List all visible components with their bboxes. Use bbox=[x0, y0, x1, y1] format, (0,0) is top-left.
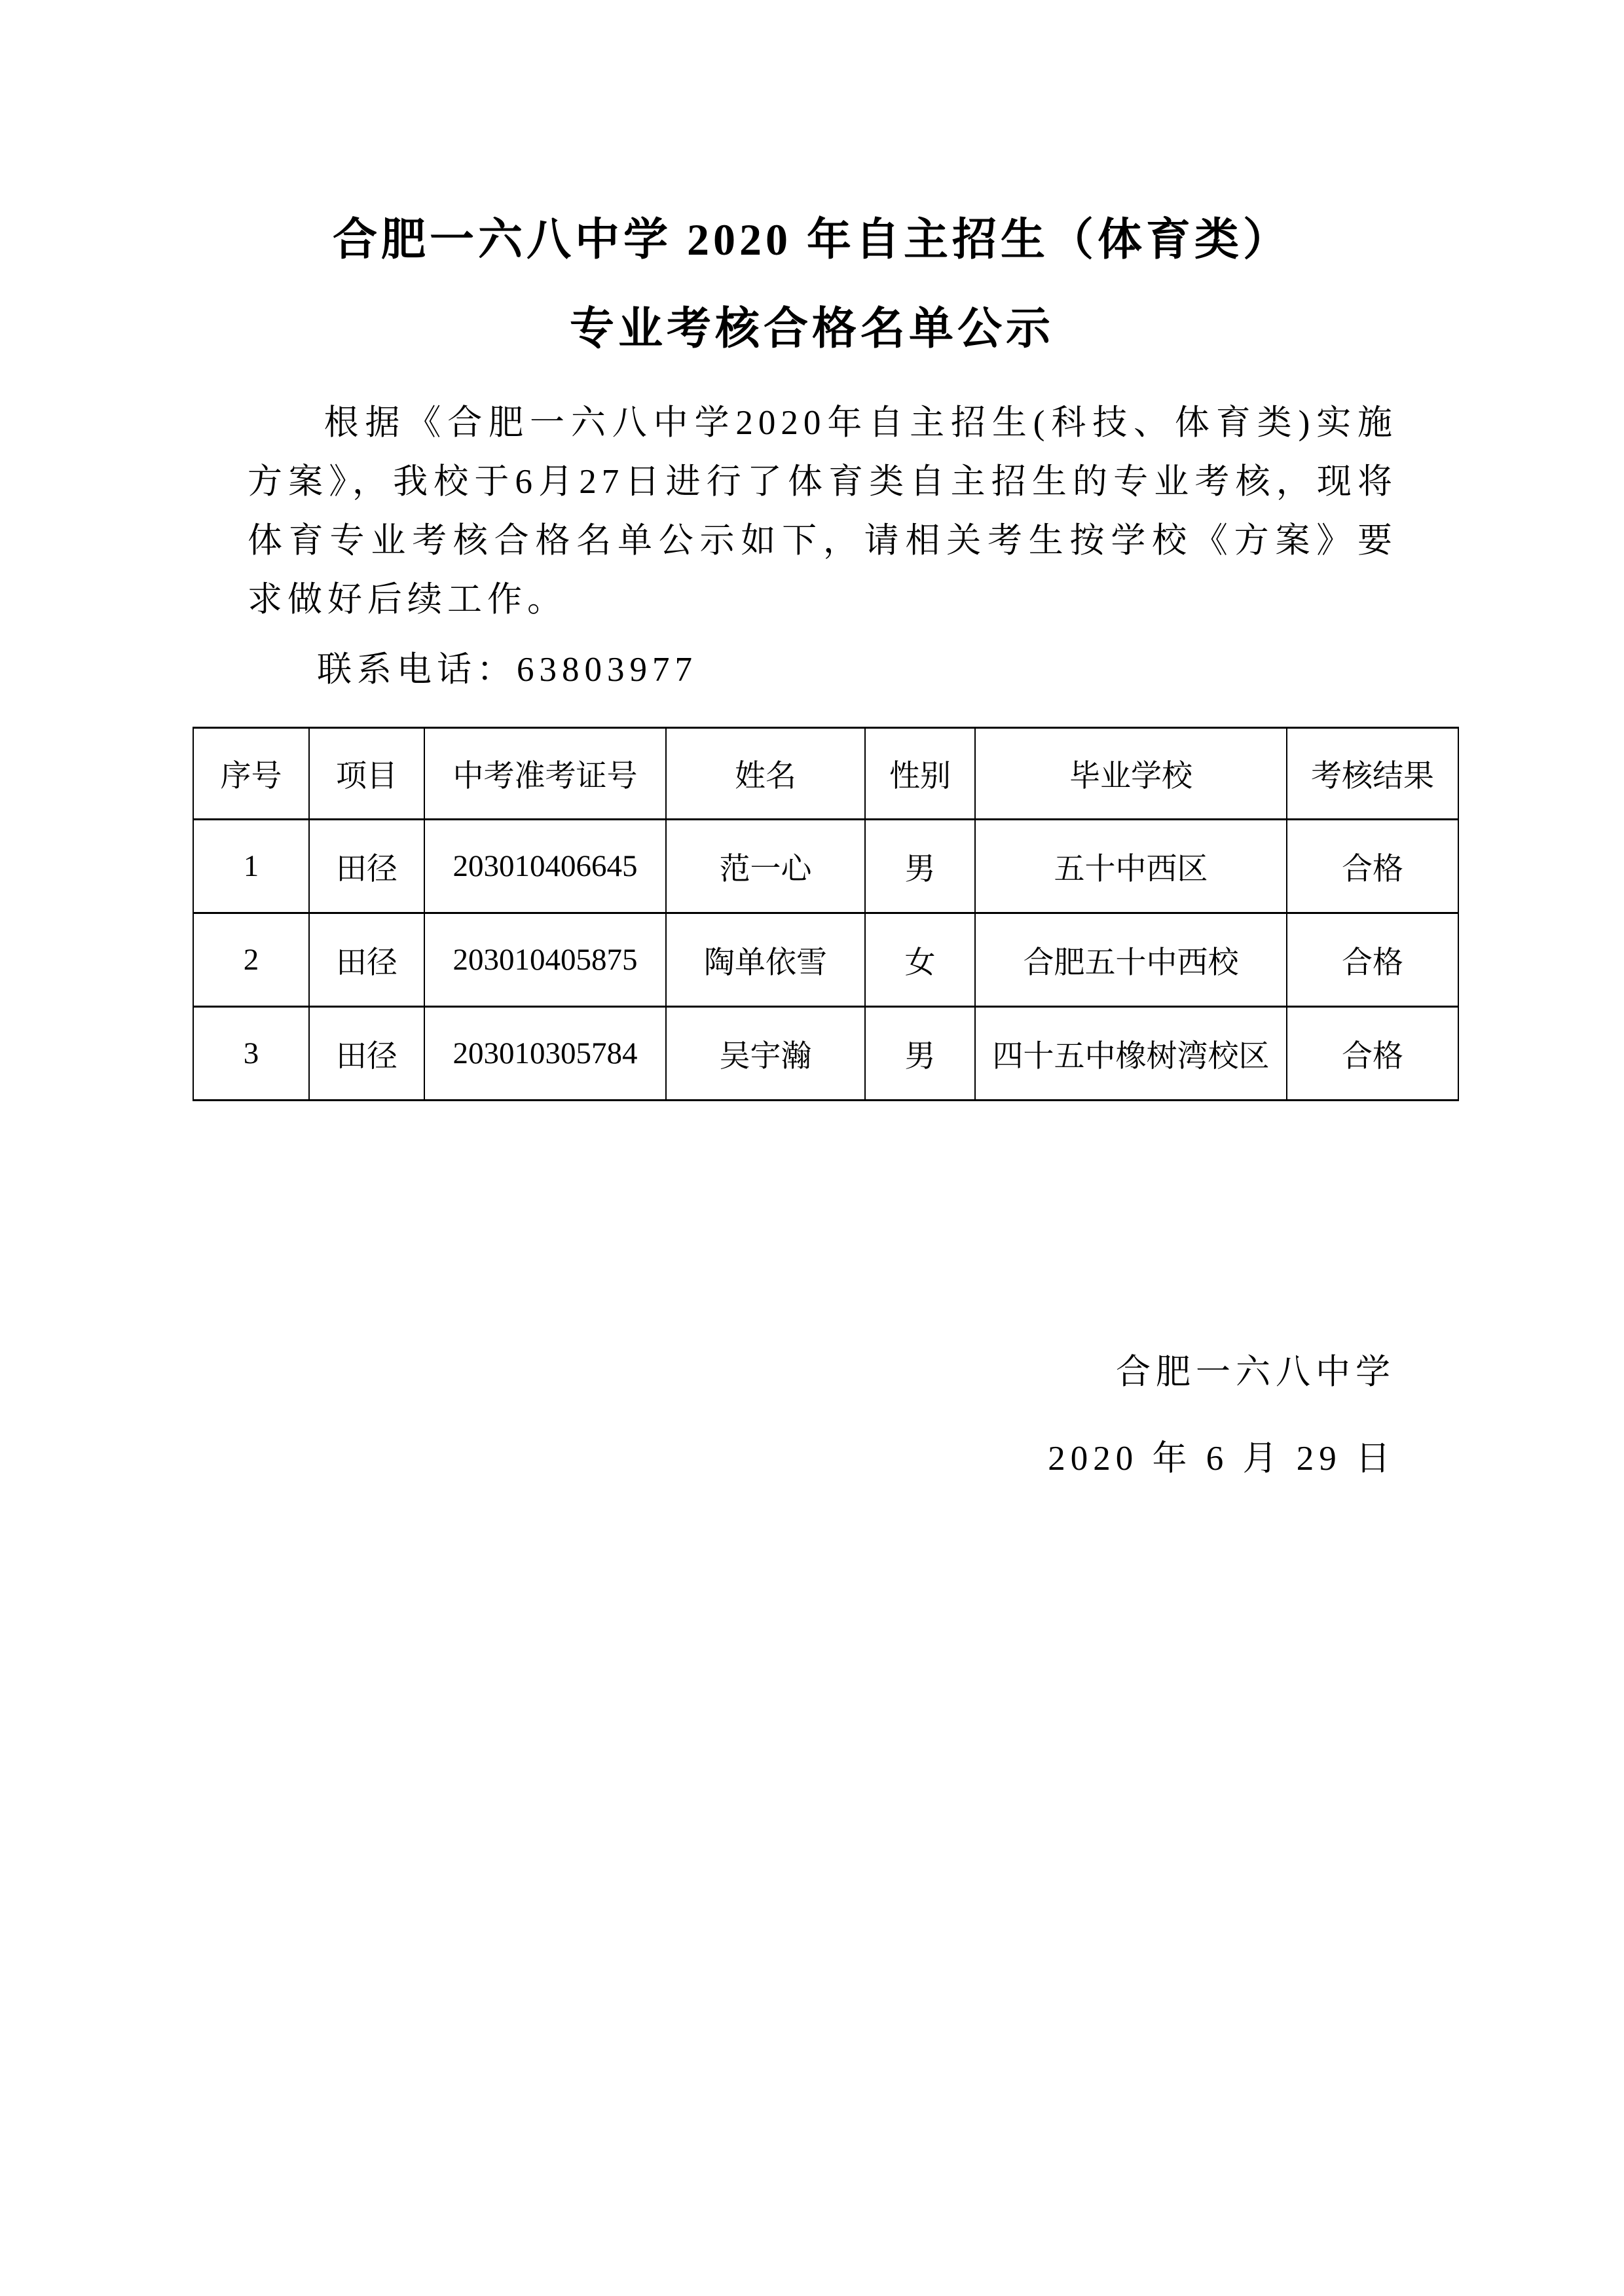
cell-name: 范一心 bbox=[666, 820, 865, 913]
cell-event: 田径 bbox=[309, 1007, 424, 1101]
cell-index: 2 bbox=[193, 913, 309, 1007]
signature-school: 合肥一六八中学 bbox=[1048, 1346, 1395, 1398]
contact-line: 联系电话：63803977 bbox=[317, 640, 697, 699]
body-paragraph: 根据《合肥一六八中学2020年自主招生(科技、体育类)实施方案》，我校于6月27… bbox=[248, 393, 1397, 629]
cell-index: 3 bbox=[193, 1007, 309, 1101]
table-header-row: 序号 项目 中考准考证号 姓名 性别 毕业学校 考核结果 bbox=[193, 728, 1458, 820]
header-cell-school: 毕业学校 bbox=[975, 728, 1287, 820]
cell-exam-number: 203010405875 bbox=[424, 913, 666, 1007]
cell-school: 四十五中橡树湾校区 bbox=[975, 1007, 1287, 1101]
table-row: 1 田径 203010406645 范一心 男 五十中西区 合格 bbox=[193, 820, 1458, 913]
signature-block: 合肥一六八中学 2020 年 6 月 29 日 bbox=[1048, 1346, 1395, 1485]
table-row: 2 田径 203010405875 陶单依雪 女 合肥五十中西校 合格 bbox=[193, 913, 1458, 1007]
cell-result: 合格 bbox=[1287, 820, 1458, 913]
document-page: 合肥一六八中学 2020 年自主招生（体育类） 专业考核合格名单公示 根据《合肥… bbox=[0, 0, 1624, 2296]
header-cell-result: 考核结果 bbox=[1287, 728, 1458, 820]
cell-gender: 女 bbox=[865, 913, 975, 1007]
header-cell-exam-number: 中考准考证号 bbox=[424, 728, 666, 820]
cell-school: 五十中西区 bbox=[975, 820, 1287, 913]
header-cell-gender: 性别 bbox=[865, 728, 975, 820]
cell-name: 陶单依雪 bbox=[666, 913, 865, 1007]
contact-phone: 63803977 bbox=[517, 651, 697, 689]
qualified-roster-table: 序号 项目 中考准考证号 姓名 性别 毕业学校 考核结果 1 田径 203010… bbox=[193, 727, 1459, 1101]
cell-event: 田径 bbox=[309, 913, 424, 1007]
cell-event: 田径 bbox=[309, 820, 424, 913]
signature-date: 2020 年 6 月 29 日 bbox=[1048, 1432, 1395, 1485]
cell-school: 合肥五十中西校 bbox=[975, 913, 1287, 1007]
contact-label: 联系电话： bbox=[317, 651, 517, 689]
header-cell-event: 项目 bbox=[309, 728, 424, 820]
document-title-line-1: 合肥一六八中学 2020 年自主招生（体育类） bbox=[0, 213, 1624, 266]
header-cell-index: 序号 bbox=[193, 728, 309, 820]
cell-index: 1 bbox=[193, 820, 309, 913]
table-row: 3 田径 203010305784 吴宇瀚 男 四十五中橡树湾校区 合格 bbox=[193, 1007, 1458, 1101]
cell-name: 吴宇瀚 bbox=[666, 1007, 865, 1101]
cell-gender: 男 bbox=[865, 1007, 975, 1101]
document-title-line-2: 专业考核合格名单公示 bbox=[0, 302, 1624, 355]
cell-result: 合格 bbox=[1287, 913, 1458, 1007]
cell-gender: 男 bbox=[865, 820, 975, 913]
header-cell-name: 姓名 bbox=[666, 728, 865, 820]
cell-result: 合格 bbox=[1287, 1007, 1458, 1101]
cell-exam-number: 203010305784 bbox=[424, 1007, 666, 1101]
cell-exam-number: 203010406645 bbox=[424, 820, 666, 913]
